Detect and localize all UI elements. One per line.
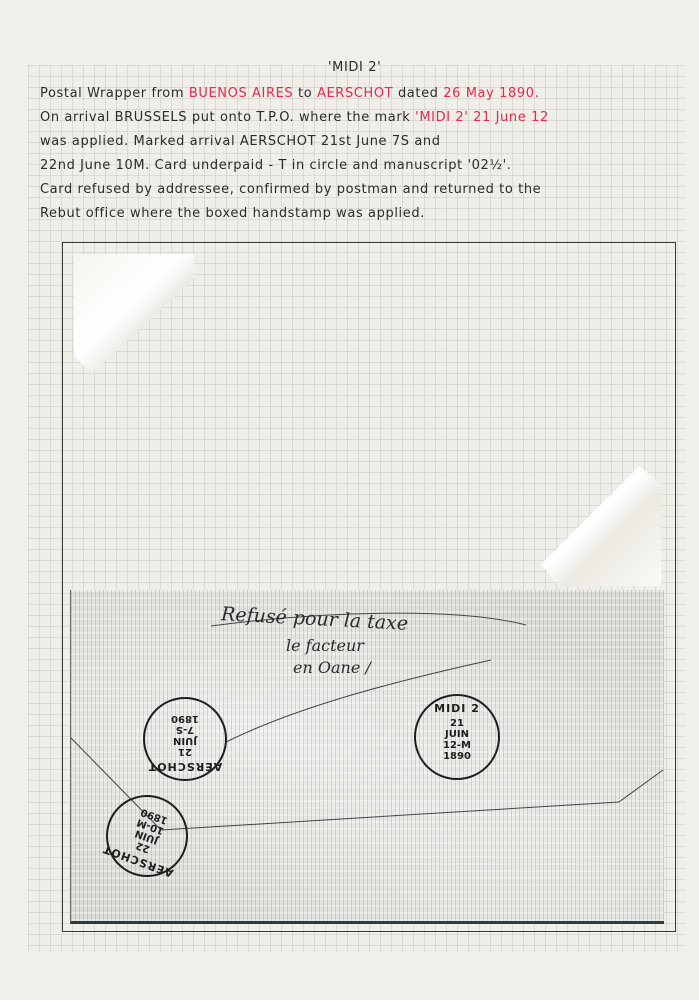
note-text: was applied. Marked arrival AERSCHOT 21s… xyxy=(40,134,441,149)
manuscript-line: en Oane / xyxy=(293,658,371,677)
postmark-date: 21JUIN12-M1890 xyxy=(416,718,498,762)
highlighted-text: 26 May 1890. xyxy=(443,86,539,101)
postmark-date-line: JUIN xyxy=(145,735,225,746)
highlighted-text: AERSCHOT xyxy=(317,86,393,101)
postmark-date-line: 7-S xyxy=(145,724,225,735)
note-line: Card refused by addressee, confirmed by … xyxy=(40,182,541,197)
note-text: 22nd June 10M. Card underpaid - T in cir… xyxy=(40,158,512,173)
manuscript-line: le facteur xyxy=(286,636,364,655)
postmark-midi-2: MIDI 221JUIN12-M1890 xyxy=(414,694,500,780)
note-line: 22nd June 10M. Card underpaid - T in cir… xyxy=(40,158,512,173)
postmark-date-line: 21 xyxy=(416,718,498,729)
highlighted-text: BUENOS AIRES xyxy=(189,86,293,101)
postmark-date-line: 21 xyxy=(145,746,225,757)
note-text: On arrival BRUSSELS put onto T.P.O. wher… xyxy=(40,110,415,125)
postmark-date: 21JUIN7-S1890 xyxy=(145,713,225,757)
note-text: to xyxy=(293,86,317,101)
note-text: dated xyxy=(393,86,443,101)
postal-wrapper-photocopy: Refusé pour la taxe le facteur en Oane /… xyxy=(70,590,664,924)
postmark-date-line: 12-M xyxy=(416,740,498,751)
note-text: Card refused by addressee, confirmed by … xyxy=(40,182,541,197)
note-line: On arrival BRUSSELS put onto T.P.O. wher… xyxy=(40,110,549,125)
note-line: Postal Wrapper from BUENOS AIRES to AERS… xyxy=(40,86,539,101)
note-text: Postal Wrapper from xyxy=(40,86,189,101)
postmark-date-line: 1890 xyxy=(416,751,498,762)
highlighted-text: 'MIDI 2' 21 June 12 xyxy=(415,110,549,125)
postmark-town: MIDI 2 xyxy=(416,702,498,715)
page-heading: 'MIDI 2' xyxy=(328,60,381,75)
postmark-town: AERSCHOT xyxy=(145,760,225,773)
postmark-date-line: JUIN xyxy=(416,729,498,740)
note-text: Rebut office where the boxed handstamp w… xyxy=(40,206,425,221)
note-line: Rebut office where the boxed handstamp w… xyxy=(40,206,425,221)
postmark-aerschot-arrival: AERSCHOT21JUIN7-S1890 xyxy=(143,697,227,781)
note-line: was applied. Marked arrival AERSCHOT 21s… xyxy=(40,134,441,149)
postmark-date-line: 1890 xyxy=(145,713,225,724)
